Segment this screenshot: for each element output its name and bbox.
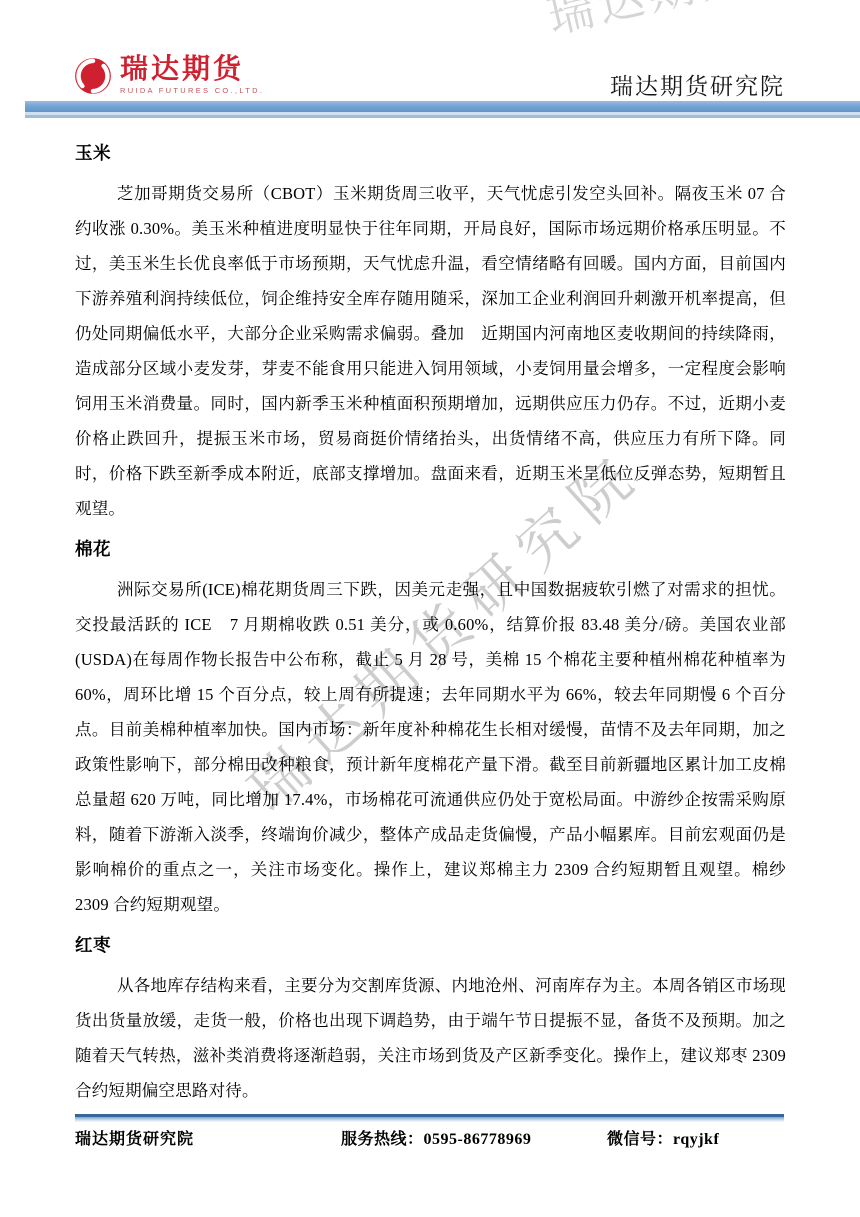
- footer-org-name: 瑞达期货研究院: [75, 1126, 194, 1149]
- company-logo: 瑞达期货 RUIDA FUTURES CO.,LTD.: [74, 54, 264, 95]
- section-paragraph-corn: 芝加哥期货交易所（CBOT）玉米期货周三收平，天气忧虑引发空头回补。隔夜玉米 0…: [75, 176, 786, 526]
- footer-divider-bar: [75, 1114, 784, 1122]
- footer: 瑞达期货研究院 服务热线：0595-86778969 微信号：rqyjkf: [75, 1126, 784, 1148]
- section-heading-corn: 玉米: [75, 142, 786, 164]
- header-divider-darkline: [25, 115, 860, 118]
- brand-text-block: 瑞达期货 RUIDA FUTURES CO.,LTD.: [120, 54, 264, 95]
- document-title: 瑞达期货研究院: [610, 68, 785, 101]
- footer-divider-fade: [75, 1117, 784, 1122]
- footer-wechat: 微信号：rqyjkf: [607, 1126, 719, 1149]
- header-divider-band: [25, 101, 860, 112]
- section-heading-jujube: 红枣: [75, 934, 786, 956]
- header-divider-bar: [25, 101, 860, 118]
- ruida-logo-icon: [74, 57, 112, 95]
- brand-name-cn: 瑞达期货: [120, 54, 264, 84]
- section-heading-cotton: 棉花: [75, 538, 786, 560]
- report-page: 瑞达期货研究院 瑞达期货 RUIDA FUTURES CO.,LTD. 瑞达期货…: [0, 0, 860, 1217]
- watermark-top-right: 瑞达期货研究院: [541, 0, 860, 47]
- section-paragraph-cotton: 洲际交易所(ICE)棉花期货周三下跌，因美元走强，且中国数据疲软引燃了对需求的担…: [75, 572, 786, 922]
- section-paragraph-jujube: 从各地库存结构来看，主要分为交割库货源、内地沧州、河南库存为主。本周各销区市场现…: [75, 968, 786, 1108]
- footer-hotline: 服务热线：0595-86778969: [341, 1126, 531, 1149]
- report-body: 玉米 芝加哥期货交易所（CBOT）玉米期货周三收平，天气忧虑引发空头回补。隔夜玉…: [75, 142, 786, 1108]
- brand-name-en: RUIDA FUTURES CO.,LTD.: [120, 86, 264, 95]
